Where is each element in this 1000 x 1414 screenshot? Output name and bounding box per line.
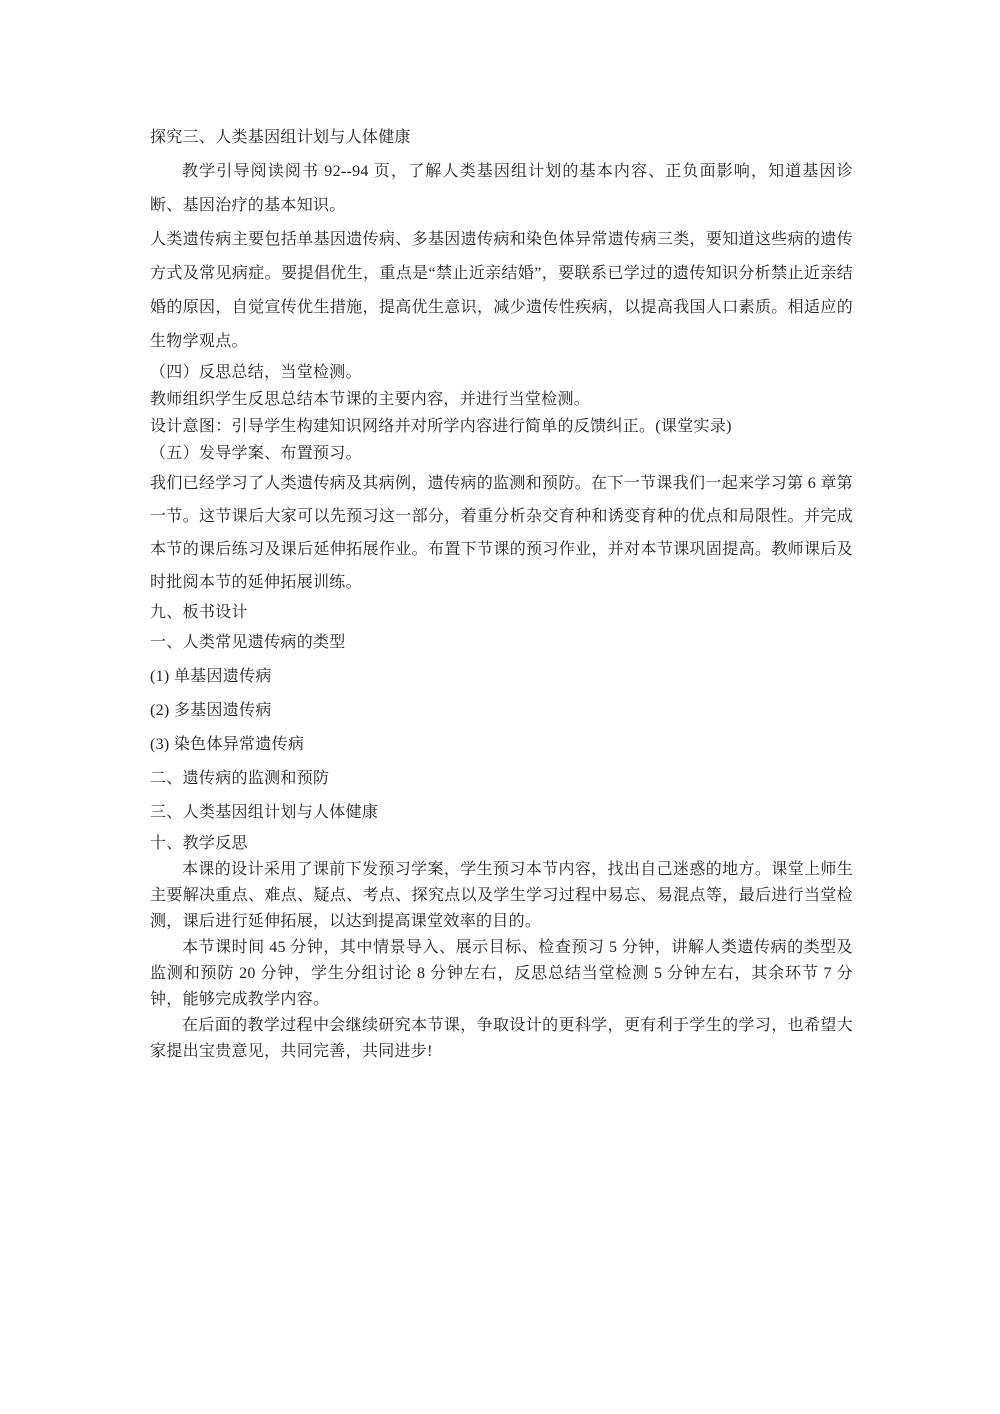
reflection-heading: 十、教学反思	[150, 830, 853, 857]
board-section2: 二、遗传病的监测和预防	[150, 762, 853, 796]
reflection-paragraph-2: 本节课时间 45 分钟，其中情景导入、展示目标、检查预习 5 分钟，讲解人类遗传…	[150, 935, 853, 1013]
explore3-paragraph: 教学引导阅读阅书 92--94 页，了解人类基因组计划的基本内容、正负面影响，知…	[150, 155, 853, 223]
board-section1: 一、人类常见遗传病的类型	[150, 626, 853, 660]
explore3-heading: 探究三、人类基因组计划与人体健康	[150, 121, 853, 155]
board-section1-item2: (2) 多基因遗传病	[150, 694, 853, 728]
step5-paragraph: 我们已经学习了人类遗传病及其病例，遗传病的监测和预防。在下一节课我们一起来学习第…	[150, 467, 853, 599]
board-section1-item3: (3) 染色体异常遗传病	[150, 728, 853, 762]
step4-design-intent-line: 设计意图：引导学生构建知识网络并对所学内容进行简单的反馈纠正。(课堂实录)	[150, 413, 853, 440]
board-section1-item1: (1) 单基因遗传病	[150, 660, 853, 694]
board-section3: 三、人类基因组计划与人体健康	[150, 796, 853, 830]
step4-heading: （四）反思总结，当堂检测。	[150, 359, 853, 386]
reflection-paragraph-3: 在后面的教学过程中会继续研究本节课，争取设计的更科学，更有利于学生的学习，也希望…	[150, 1013, 853, 1065]
board-design-heading: 九、板书设计	[150, 599, 853, 626]
reflection-paragraph-1: 本课的设计采用了课前下发预习学案，学生预习本节内容，找出自己迷惑的地方。课堂上师…	[150, 857, 853, 935]
genetic-disease-paragraph: 人类遗传病主要包括单基因遗传病、多基因遗传病和染色体异常遗传病三类，要知道这些病…	[150, 223, 853, 359]
document-page: 探究三、人类基因组计划与人体健康 教学引导阅读阅书 92--94 页，了解人类基…	[0, 0, 1000, 1414]
step5-heading: （五）发导学案、布置预习。	[150, 440, 853, 467]
document-content: 探究三、人类基因组计划与人体健康 教学引导阅读阅书 92--94 页，了解人类基…	[150, 121, 853, 1065]
step4-line1: 教师组织学生反思总结本节课的主要内容，并进行当堂检测。	[150, 386, 853, 413]
